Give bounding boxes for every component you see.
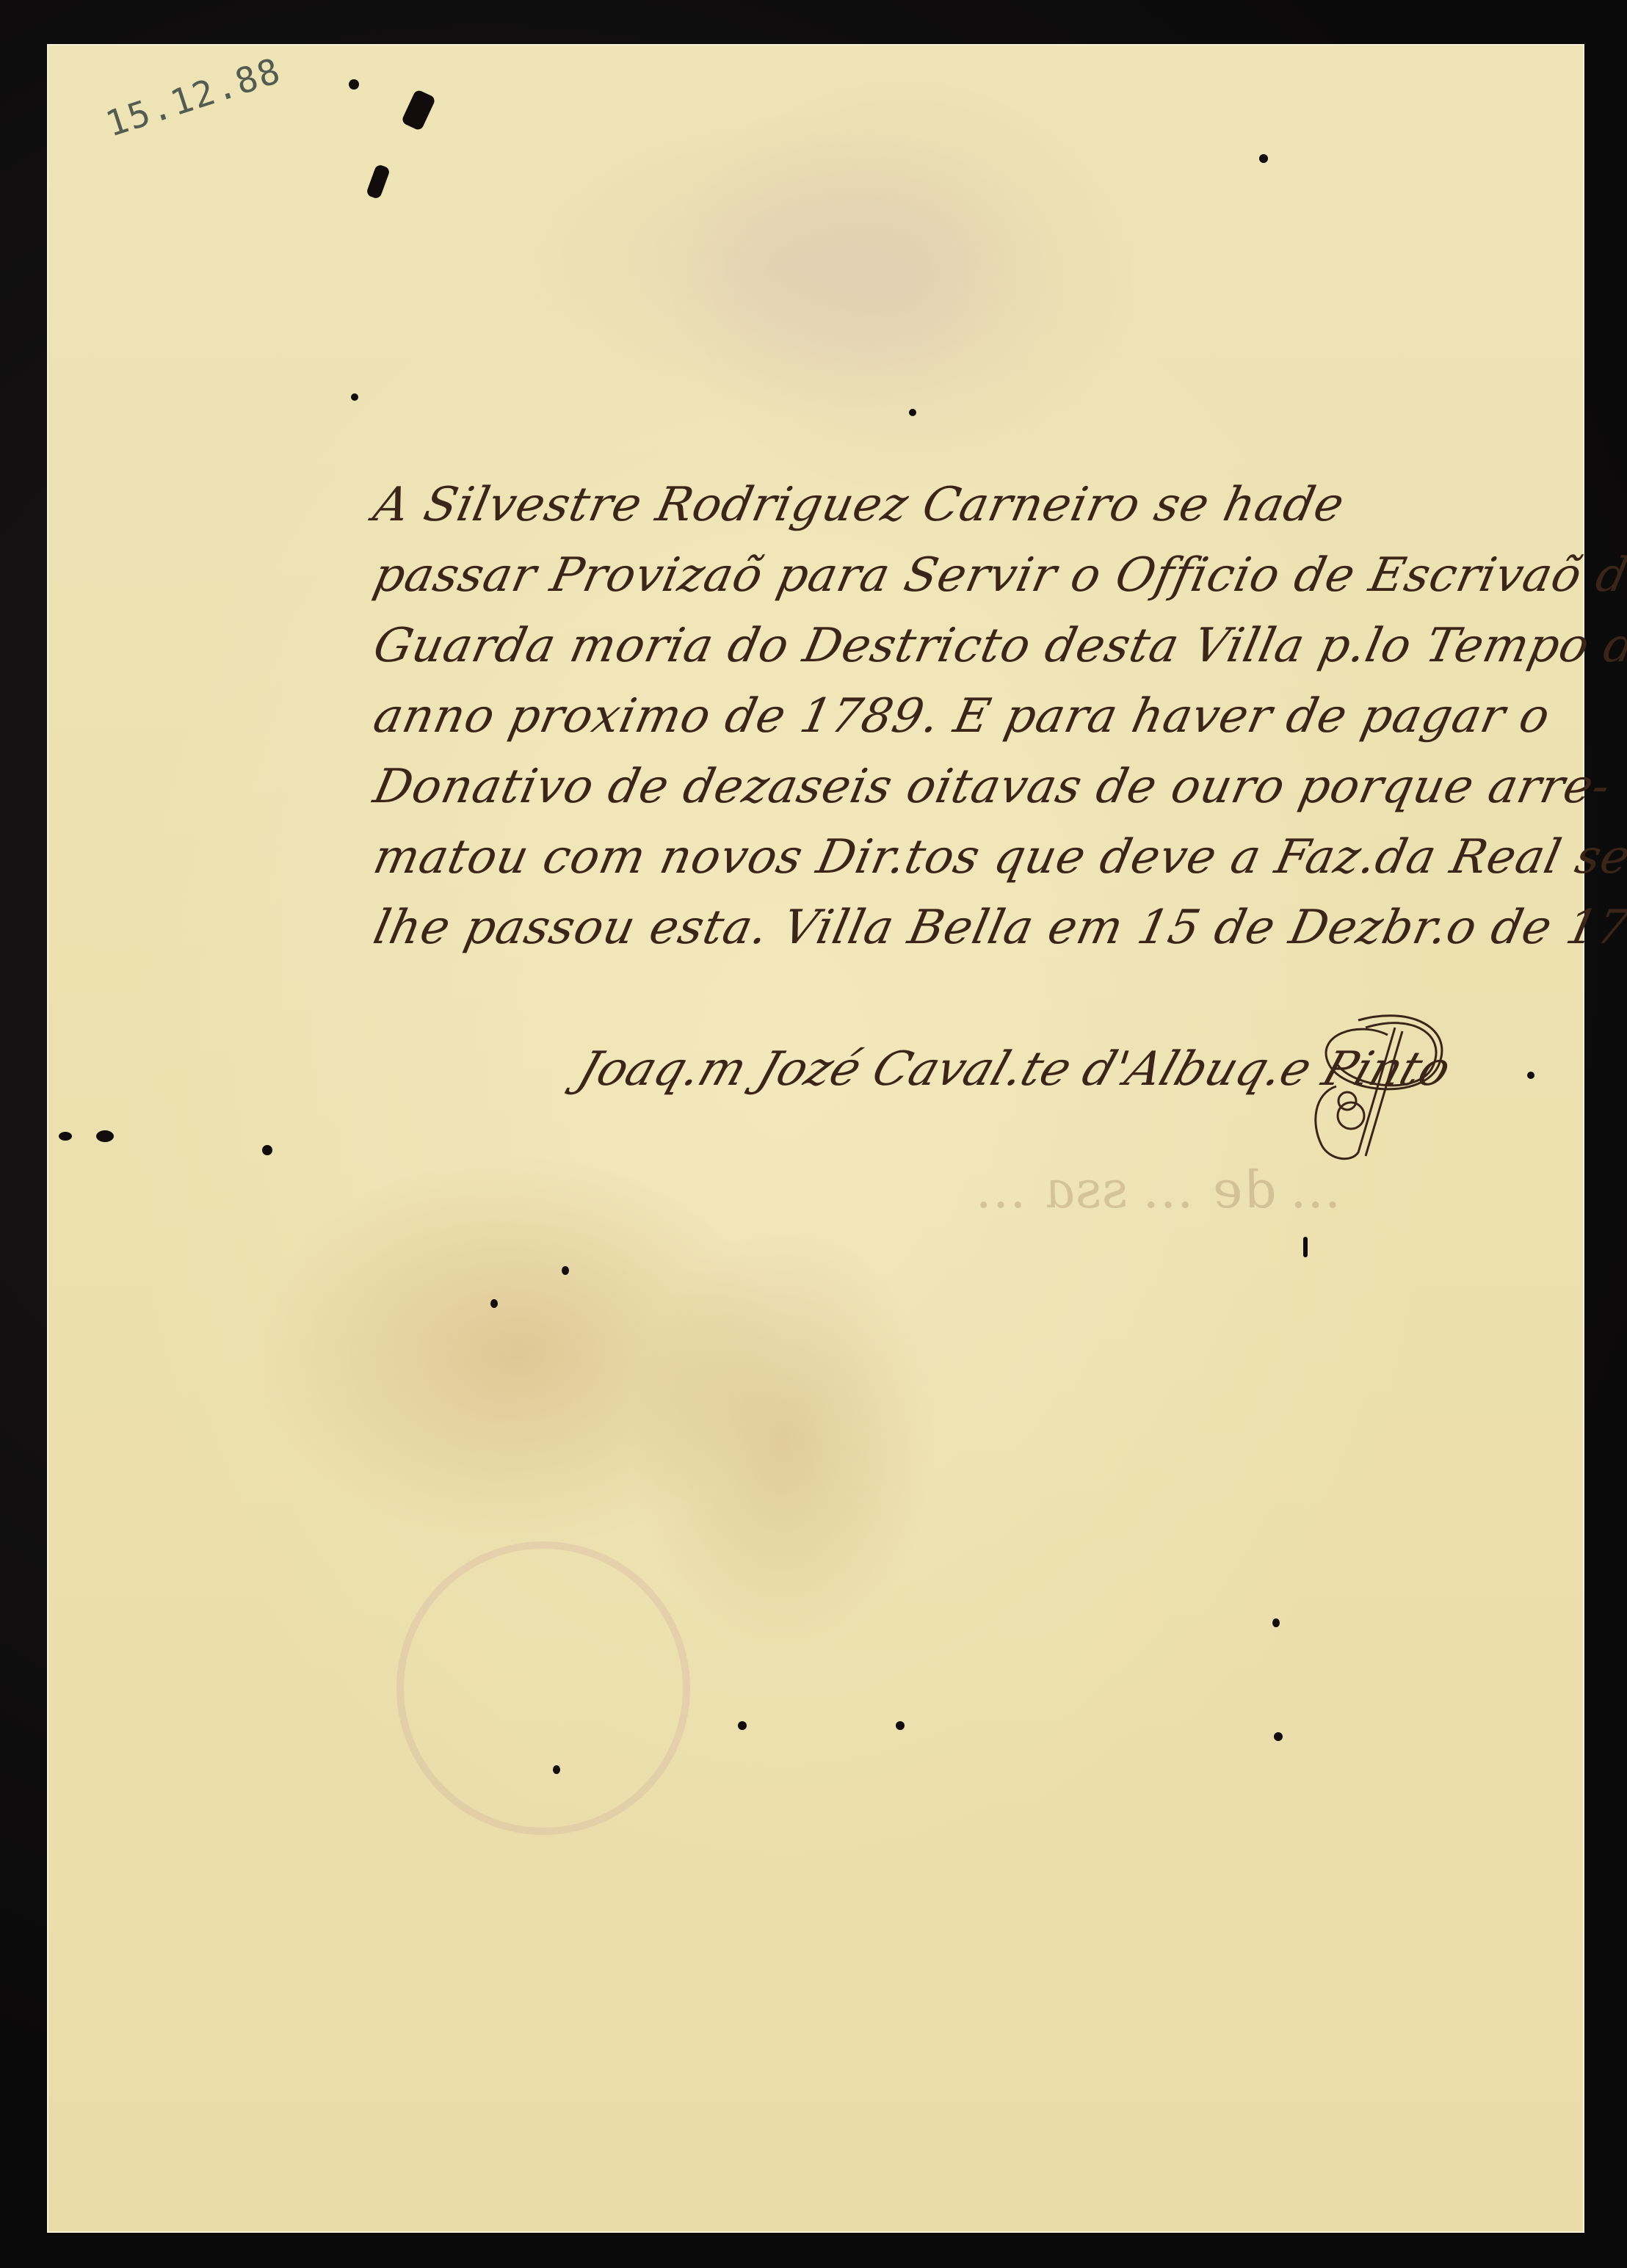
text-line-6: matou com novos Dir.tos que deve a Faz.d… [367,822,1601,893]
hole [1259,154,1268,163]
hole [1274,1732,1283,1741]
bleed-through-text: … de … ssa … [369,1160,1349,1306]
hole [96,1130,114,1142]
manuscript-text: A Silvestre Rodriguez Carneiro se hade p… [367,470,1586,963]
hole [349,79,359,90]
text-line-3: Guarda moria do Destricto desta Villa p.… [367,611,1601,681]
signature-rubric-icon [1241,1006,1461,1167]
hole [1527,1072,1534,1079]
hole [909,409,916,416]
hole [1272,1618,1280,1627]
hole [59,1132,72,1141]
text-line-7: lhe passou esta. Villa Bella em 15 de De… [367,893,1601,963]
faded-stamp-top [646,44,1160,514]
hole [738,1721,747,1730]
text-line-5: Donativo de dezaseis oitavas de ouro por… [367,752,1601,822]
text-line-2: passar Provizaõ para Servir o Officio de… [367,540,1601,611]
hole [351,393,358,401]
text-line-4: anno proximo de 1789. E para haver de pa… [367,681,1601,752]
text-line-1: A Silvestre Rodriguez Carneiro se hade [367,470,1601,540]
hole [553,1765,560,1774]
hole [262,1145,272,1155]
hole [896,1721,905,1730]
faded-stamp-bottom [396,1541,690,1835]
